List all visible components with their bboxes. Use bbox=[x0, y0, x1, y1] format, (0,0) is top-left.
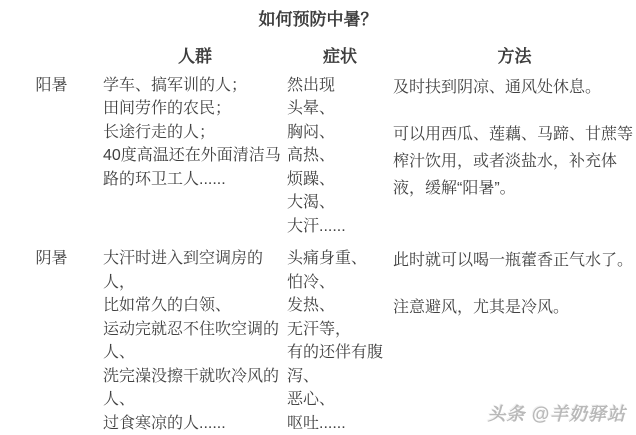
crowd-cell-yinshu: 大汗时进入到空调房的人，比如常久的白领、运动完就忍不住吹空调的人、洗完澡没擦干就… bbox=[103, 247, 287, 435]
table-row-yangshu: 阳暑 学车、搞军训的人；田间劳作的农民；长途行走的人；40度高温还在外面清洁马路… bbox=[0, 74, 636, 248]
symptom-item: 怕冷、 bbox=[287, 271, 393, 295]
column-header-empty bbox=[0, 32, 103, 74]
symptom-item: 烦躁、 bbox=[287, 168, 393, 192]
column-header-symptoms: 症状 bbox=[287, 32, 393, 74]
crowd-item: 洗完澡没擦干就吹冷风的人、 bbox=[103, 365, 287, 412]
symptom-item: 大汗...... bbox=[287, 215, 393, 239]
crowd-cell-yangshu: 学车、搞军训的人；田间劳作的农民；长途行走的人；40度高温还在外面清洁马路的环卫… bbox=[103, 74, 287, 248]
method-paragraph: 可以用西瓜、莲藕、马蹄、甘蔗等榨汁饮用，或者淡盐水，补充体液，缓解“阳暑”。 bbox=[393, 121, 636, 202]
header-row: 人群 症状 方法 bbox=[0, 32, 636, 74]
crowd-item: 比如常久的白领、 bbox=[103, 294, 287, 318]
heatstroke-table: 人群 症状 方法 阳暑 学车、搞军训的人；田间劳作的农民；长途行走的人；40度高… bbox=[0, 32, 636, 435]
symptom-cell-yinshu: 头痛身重、怕冷、发热、无汗等，有的还伴有腹泻、恶心、呕吐...... bbox=[287, 247, 393, 435]
crowd-item: 学车、搞军训的人； bbox=[103, 74, 287, 98]
symptom-item: 然出现 bbox=[287, 74, 393, 98]
row-label-yinshu: 阴暑 bbox=[0, 247, 103, 435]
symptom-item: 呕吐...... bbox=[287, 412, 393, 435]
symptom-item: 胸闷、 bbox=[287, 121, 393, 145]
symptom-item: 头晕、 bbox=[287, 97, 393, 121]
symptom-item: 发热、 bbox=[287, 294, 393, 318]
crowd-item: 长途行走的人； bbox=[103, 121, 287, 145]
page-title: 如何预防中暑？ bbox=[0, 0, 636, 32]
watermark: 头条 @羊奶驿站 bbox=[487, 400, 626, 426]
symptom-item: 恶心、 bbox=[287, 388, 393, 412]
crowd-item: 田间劳作的农民； bbox=[103, 97, 287, 121]
column-header-methods: 方法 bbox=[393, 32, 636, 74]
symptom-cell-yangshu: 然出现头晕、胸闷、高热、烦躁、大渴、大汗...... bbox=[287, 74, 393, 248]
method-paragraph: 及时扶到阴凉、通风处休息。 bbox=[393, 74, 636, 101]
crowd-item: 大汗时进入到空调房的人， bbox=[103, 247, 287, 294]
method-paragraph: 注意避风，尤其是冷风。 bbox=[393, 294, 636, 321]
column-header-crowd: 人群 bbox=[103, 32, 287, 74]
symptom-item: 高热、 bbox=[287, 144, 393, 168]
symptom-item: 有的还伴有腹泻、 bbox=[287, 341, 393, 388]
row-label-yangshu: 阳暑 bbox=[0, 74, 103, 248]
symptom-item: 头痛身重、 bbox=[287, 247, 393, 271]
method-cell-yangshu: 及时扶到阴凉、通风处休息。可以用西瓜、莲藕、马蹄、甘蔗等榨汁饮用，或者淡盐水，补… bbox=[393, 74, 636, 248]
symptom-item: 大渴、 bbox=[287, 191, 393, 215]
crowd-item: 40度高温还在外面清洁马路的环卫工人...... bbox=[103, 144, 287, 191]
symptom-item: 无汗等， bbox=[287, 318, 393, 342]
crowd-item: 运动完就忍不住吹空调的人、 bbox=[103, 318, 287, 365]
crowd-item: 过食寒凉的人...... bbox=[103, 412, 287, 435]
article-image: 如何预防中暑？ 人群 症状 方法 阳暑 学车、搞军训的人；田间劳作的农民；长途行… bbox=[0, 0, 636, 435]
method-paragraph: 此时就可以喝一瓶藿香正气水了。 bbox=[393, 247, 636, 274]
